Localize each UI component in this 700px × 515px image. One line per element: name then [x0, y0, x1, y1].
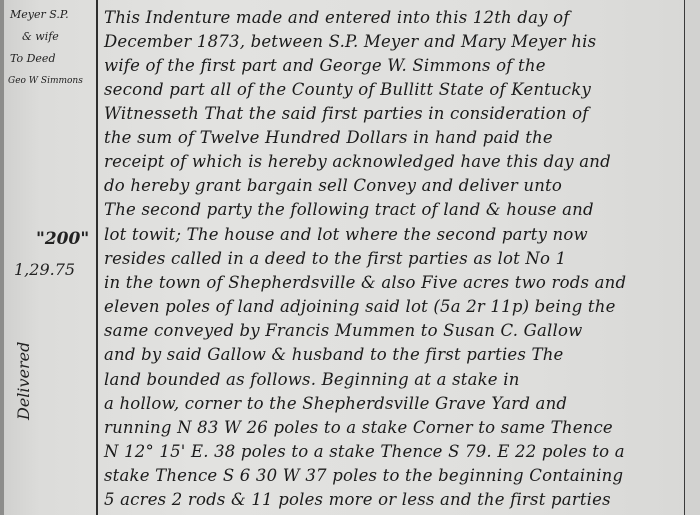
text-line: running N 83 W 26 poles to a stake Corne… [104, 414, 613, 441]
right-margin-strip [685, 0, 700, 515]
text-line: receipt of which is hereby acknowledged … [104, 148, 611, 175]
text-line: do hereby grant bargain sell Convey and … [104, 172, 562, 199]
text-line: wife of the first part and George W. Sim… [104, 52, 546, 79]
text-line: the sum of Twelve Hundred Dollars in han… [104, 124, 553, 151]
text-line: in the town of Shepherdsville & also Fiv… [104, 269, 626, 296]
text-line: December 1873, between S.P. Meyer and Ma… [104, 28, 596, 55]
text-line: same conveyed by Francis Mummen to Susan… [104, 317, 582, 344]
margin-note-fee: "200" [36, 229, 89, 249]
page-edge-shadow [0, 0, 4, 515]
text-line: land bounded as follows. Beginning at a … [104, 366, 520, 393]
margin-note-to-deed: To Deed [10, 52, 55, 65]
margin-note-grantor: Meyer S.P. [10, 8, 69, 21]
text-line: 5 acres 2 rods & 11 poles more or less a… [104, 486, 611, 513]
text-line: eleven poles of land adjoining said lot … [104, 293, 616, 320]
text-line: The second party the following tract of … [104, 196, 594, 223]
text-line: a hollow, corner to the Shepherdsville G… [104, 390, 567, 417]
margin-note-wife: & wife [22, 30, 59, 43]
margin-note-delivered: Delivered [14, 342, 33, 420]
margin-rule-line [96, 0, 98, 515]
text-line: This Indenture made and entered into thi… [104, 4, 570, 31]
deed-page: Meyer S.P. & wife To Deed Geo W Simmons … [0, 0, 700, 515]
margin-note-grantee: Geo W Simmons [8, 76, 83, 86]
text-line: and by said Gallow & husband to the firs… [104, 341, 564, 368]
text-line: Witnesseth That the said first parties i… [104, 100, 589, 127]
text-line: second part all of the County of Bullitt… [104, 76, 591, 103]
text-line: stake Thence S 6 30 W 37 poles to the be… [104, 462, 623, 489]
text-line: N 12° 15' E. 38 poles to a stake Thence … [104, 438, 625, 465]
text-line: resides called in a deed to the first pa… [104, 245, 566, 272]
margin-note-amount: 1,29.75 [14, 260, 75, 279]
text-line: lot towit; The house and lot where the s… [104, 221, 588, 248]
